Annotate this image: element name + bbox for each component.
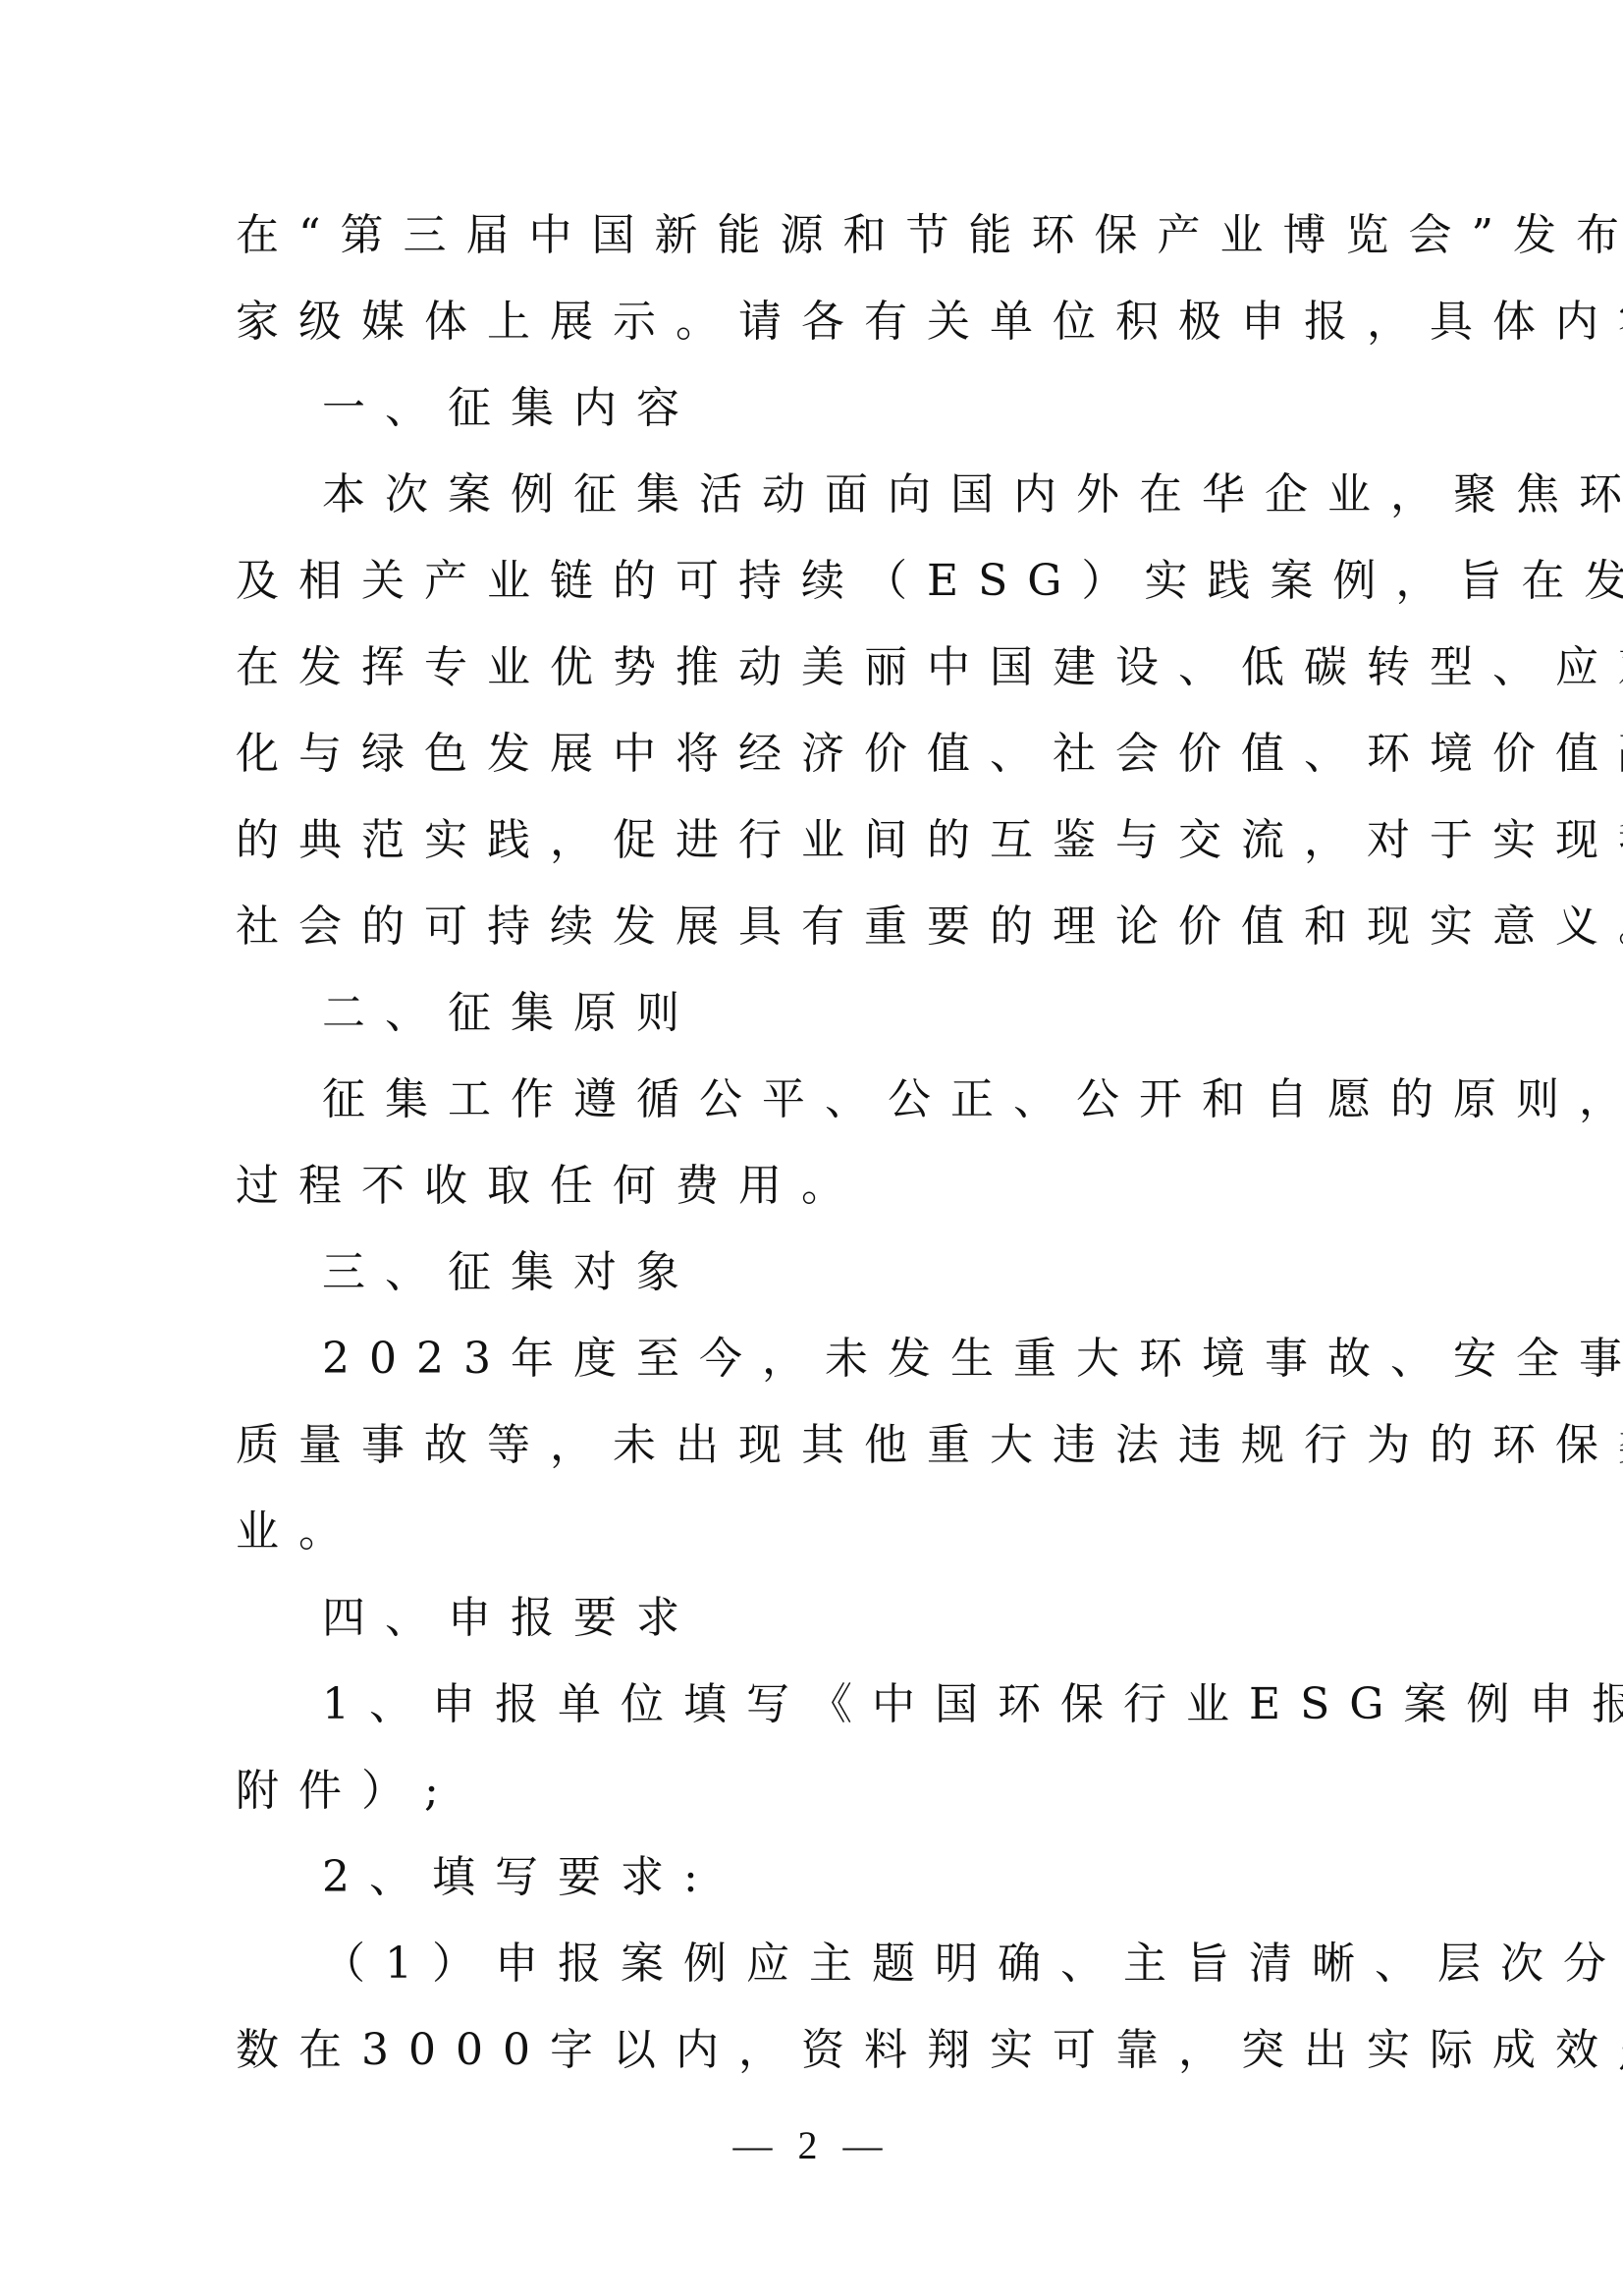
paragraph-line: 2、填写要求: <box>236 1834 1375 1921</box>
paragraph-line: 业。 <box>236 1489 1375 1575</box>
paragraph-line: 家级媒体上展示。请各有关单位积极申报，具体内容如下: <box>236 279 1375 365</box>
paragraph-line: 附件）; <box>236 1748 1375 1834</box>
section-heading-collection-targets: 三、征集对象 <box>236 1230 1375 1316</box>
section-heading-application-requirements: 四、申报要求 <box>236 1575 1375 1662</box>
paragraph-line: 在“第三届中国新能源和节能环保产业博览会”发布并在国 <box>236 192 1375 279</box>
paragraph-line: 1、申报单位填写《中国环保行业ESG案例申报表》（见 <box>236 1662 1375 1748</box>
paragraph-line: （1）申报案例应主题明确、主旨清晰、层次分明，字 <box>236 1921 1375 2007</box>
document-body: 在“第三届中国新能源和节能环保产业博览会”发布并在国 家级媒体上展示。请各有关单… <box>236 192 1375 2094</box>
paragraph-line: 及相关产业链的可持续（ESG）实践案例，旨在发现和表彰 <box>236 538 1375 625</box>
paragraph-line: 质量事故等，未出现其他重大违法违规行为的环保类相关企 <box>236 1402 1375 1489</box>
section-heading-collection-content: 一、征集内容 <box>236 365 1375 452</box>
paragraph-line: 在发挥专业优势推动美丽中国建设、低碳转型、应对气候变 <box>236 625 1375 711</box>
paragraph-line: 数在3000字以内，资料翔实可靠，突出实际成效; <box>236 2007 1375 2094</box>
paragraph-line: 本次案例征集活动面向国内外在华企业，聚焦环保行业 <box>236 452 1375 538</box>
page-number: — 2 — <box>0 2121 1623 2170</box>
paragraph-line: 社会的可持续发展具有重要的理论价值和现实意义。 <box>236 884 1375 970</box>
paragraph-line: 征集工作遵循公平、公正、公开和自愿的原则，征集全 <box>236 1057 1375 1143</box>
paragraph-line: 2023年度至今，未发生重大环境事故、安全事故、产品 <box>236 1316 1375 1402</box>
paragraph-line: 的典范实践，促进行业间的互鉴与交流，对于实现我国经济 <box>236 797 1375 884</box>
paragraph-line: 过程不收取任何费用。 <box>236 1143 1375 1230</box>
document-page: 在“第三届中国新能源和节能环保产业博览会”发布并在国 家级媒体上展示。请各有关单… <box>0 0 1623 2296</box>
paragraph-line: 化与绿色发展中将经济价值、社会价值、环境价值融合统一 <box>236 711 1375 797</box>
section-heading-collection-principles: 二、征集原则 <box>236 970 1375 1057</box>
